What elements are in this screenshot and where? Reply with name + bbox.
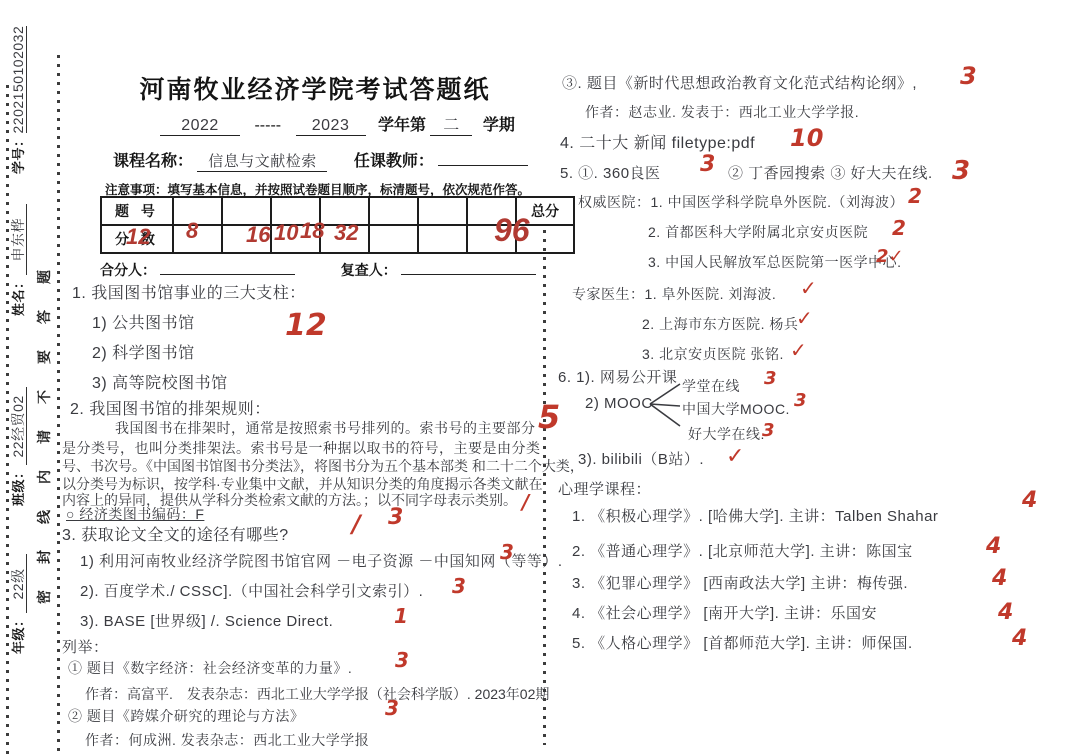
sheet-title: 河南牧业经济学院考试答题纸	[120, 70, 510, 106]
class-field: 班级：22经贸02	[8, 387, 28, 506]
answer-line: 3). bilibili（B站）.	[578, 448, 704, 469]
year-from-value: 2022	[160, 117, 240, 136]
score-q5: 18	[300, 218, 324, 244]
mooc-brace	[648, 378, 682, 430]
answer-line: 2. 上海市东方医院. 杨兵	[642, 314, 798, 334]
grader-mark-q3-3: 1	[394, 604, 408, 628]
year-to-value: 2023	[296, 117, 366, 136]
answer-line: 好大学在线.	[688, 424, 765, 444]
answer-line: 2). 百度学术./ CSSC].（中国社会科学引文索引）.	[80, 580, 423, 601]
grader-mark-r0: 3	[960, 62, 977, 90]
answer-line: 权威医院：1. 中国医学科学院阜外医院.（刘海波）	[578, 192, 904, 212]
answer-line: ③. 题目《新时代思想政治教育文化范式结构论纲》,	[562, 72, 917, 93]
class-value: 22经贸02	[10, 387, 27, 465]
answer-line: 2. 首都医科大学附属北京安贞医院	[648, 222, 868, 242]
answer-line: ① 题目《数字经济：社会经济变革的力量》.	[68, 658, 352, 678]
grader-mark-q3-1: 3	[500, 540, 514, 564]
combiner-label: 合分人：	[100, 262, 156, 278]
answer-line: ② 题目《跨媒介研究的理论与方法》	[68, 706, 304, 726]
grader-mark-bili: ✓	[726, 444, 744, 469]
grader-mark-mooc1: 3	[764, 368, 777, 389]
grader-mark-r2: 10	[790, 124, 823, 152]
answer-line: 学堂在线	[682, 376, 740, 396]
notice-text: 填写基本信息，并按照试卷题目顺序，标清题号，依次规范作答。	[168, 183, 531, 197]
student-id-value: 2202150102032	[10, 26, 27, 134]
score-q4: 10	[274, 220, 298, 246]
answer-line: 2) 科学图书馆	[92, 340, 195, 363]
grader-mark-hosp1: 2	[908, 184, 922, 208]
grader-mark-r3b: 3	[952, 156, 970, 186]
answer-line: 我国图书在排架时，通常是按照索书号排列的。索书号的主要部分	[115, 418, 536, 438]
answer-line: 是分类号，也叫分类排架法。索书号是一种据以取书的符号，主要是由分类	[62, 438, 541, 458]
grader-mark-doc3: ✓	[790, 338, 807, 362]
grader-mark-psy1: 4	[1022, 488, 1037, 513]
answer-line: 中国大学MOOC.	[682, 399, 790, 419]
answer-line: 1. 《积极心理学》. [哈佛大学]. 主讲：Talben Shahar	[572, 505, 938, 526]
student-id-label: 学号：	[11, 133, 26, 174]
academic-year-line: 2022 ----- 2023 学年第 二 学期	[160, 112, 515, 136]
scanned-exam-answer-sheet: { "header": { "title": "河南牧业经济学院考试答题纸", …	[0, 0, 1067, 754]
score-q3: 16	[246, 222, 270, 248]
grader-mark-psy5: 4	[1012, 626, 1027, 651]
answer-line: 号、书次号。《中国图书馆图书分类法》，将图书分为五个基本部类 和二十二个大类，	[62, 456, 584, 476]
answer-line: 5. 《人格心理学》 [首都师范大学]. 主讲：师保国.	[572, 632, 913, 653]
answer-line: 心理学课程：	[558, 478, 651, 499]
semester-value: 二	[430, 112, 472, 136]
grader-mark-q1: 12	[285, 308, 327, 343]
teacher-blank	[438, 151, 528, 166]
answer-line: 专家医生：1. 阜外医院. 刘海波.	[572, 284, 776, 304]
grader-mark-q2-sub: 3	[388, 505, 403, 530]
signoff-line: 合分人： 复查人：	[100, 260, 536, 280]
score-q6: 32	[334, 220, 358, 246]
student-id-field: 学号：2202150102032	[8, 26, 27, 174]
answer-line: 2. 我国图书馆的排架规则：	[70, 396, 271, 419]
grader-mark-mooc2: 3	[794, 390, 807, 411]
answer-line: 1) 公共图书馆	[92, 310, 195, 333]
grader-mark-list2: 3	[385, 696, 399, 720]
answer-line: 5. ①. 360良医	[560, 162, 661, 183]
seal-text: 密封线内请不要答题	[36, 244, 52, 604]
grader-mark-q3-2: 3	[452, 574, 466, 598]
name-label: 姓名：	[11, 275, 26, 316]
teacher-label: 任课教师：	[354, 153, 434, 170]
notice-label: 注意事项：	[105, 183, 168, 197]
semester-label-post: 学期	[483, 117, 515, 134]
answer-line: 1. 我国图书馆事业的三大支柱：	[72, 280, 306, 303]
answer-line: 2) MOOC	[585, 395, 653, 412]
score-q2: 8	[186, 218, 198, 244]
grader-mark-doc2: ✓	[796, 306, 813, 330]
year-dash: -----	[254, 117, 281, 134]
answer-line: 作者：赵志业. 发表于：西北工业大学学报.	[585, 102, 859, 122]
grader-mark-r3a: 3	[700, 152, 715, 177]
combiner-blank	[160, 260, 295, 275]
seal-text-row: 密封线内请不要答题	[34, 244, 54, 604]
answer-line: ○ 经济类图书编码：F	[66, 504, 204, 524]
grader-mark-doc1: ✓	[800, 276, 817, 300]
answer-line: 作者：高富平. 发表杂志：西北工业大学学报（社会科学版）. 2023年02期	[85, 684, 549, 704]
class-label: 班级：	[11, 465, 26, 506]
answer-line: 3) 高等院校图书馆	[92, 370, 228, 393]
name-field: 姓名：申东桦	[8, 204, 28, 316]
qnum-label: 题 号	[101, 197, 173, 225]
grader-mark-psy3: 4	[992, 566, 1007, 591]
course-label: 课程名称：	[113, 153, 193, 170]
column-divider-dots	[543, 230, 546, 745]
answer-line: 作者：何成洲. 发表杂志：西北工业大学学报	[85, 730, 369, 750]
grader-mark-list1: 3	[395, 648, 409, 672]
semester-label-pre: 学年第	[378, 117, 426, 134]
grade-label: 年级：	[11, 613, 26, 654]
grader-mark-q3-head: /	[352, 510, 361, 538]
answer-line: 1) 利用河南牧业经济学院图书馆官网 －电子资源 －中国知网（等等）.	[80, 550, 563, 571]
score-total: 96	[494, 212, 530, 249]
answer-line: 3). BASE [世界级] /. Science Direct.	[80, 610, 333, 631]
answer-line: 3. 中国人民解放军总医院第一医学中心.	[648, 252, 901, 272]
answer-line: 4. 二十大 新闻 filetype:pdf	[560, 130, 755, 153]
answer-line: ② 丁香园搜索 ③ 好大夫在线.	[728, 162, 933, 183]
answer-line: 3. 获取论文全文的途径有哪些?	[62, 522, 289, 545]
grader-mark-psy2: 4	[986, 534, 1001, 559]
reviewer-blank	[401, 260, 536, 275]
course-line: 课程名称： 信息与文献检索 任课教师：	[113, 148, 528, 172]
seal-strip: 密封线内请不要答题 年级：22级 班级：22经贸02 姓名：申东桦 学号：220…	[6, 0, 58, 754]
grader-mark-mooc3: 3	[762, 420, 775, 441]
answer-line: 3. 北京安贞医院 张铭.	[642, 344, 784, 364]
answer-line: 4. 《社会心理学》 [南开大学]. 主讲：乐国安	[572, 602, 877, 623]
grader-mark-q2-tick: /	[522, 490, 529, 514]
grader-mark-hosp3: 2✓	[876, 246, 904, 267]
course-value: 信息与文献检索	[197, 150, 327, 172]
answer-line: 2. 《普通心理学》. [北京师范大学]. 主讲：陈国宝	[572, 540, 913, 561]
answer-line: 列举：	[62, 636, 109, 657]
answer-line: 3. 《犯罪心理学》 [西南政法大学] 主讲：梅传强.	[572, 572, 908, 593]
name-value: 申东桦	[10, 204, 27, 276]
grade-value: 22级	[10, 554, 27, 613]
grader-mark-hosp2: 2	[892, 216, 906, 240]
reviewer-label: 复查人：	[341, 262, 397, 278]
grader-mark-psy4: 4	[998, 600, 1013, 625]
score-q1: 12	[126, 224, 150, 250]
grader-mark-q2-side: 5	[538, 398, 560, 436]
grade-field: 年级：22级	[8, 554, 28, 654]
